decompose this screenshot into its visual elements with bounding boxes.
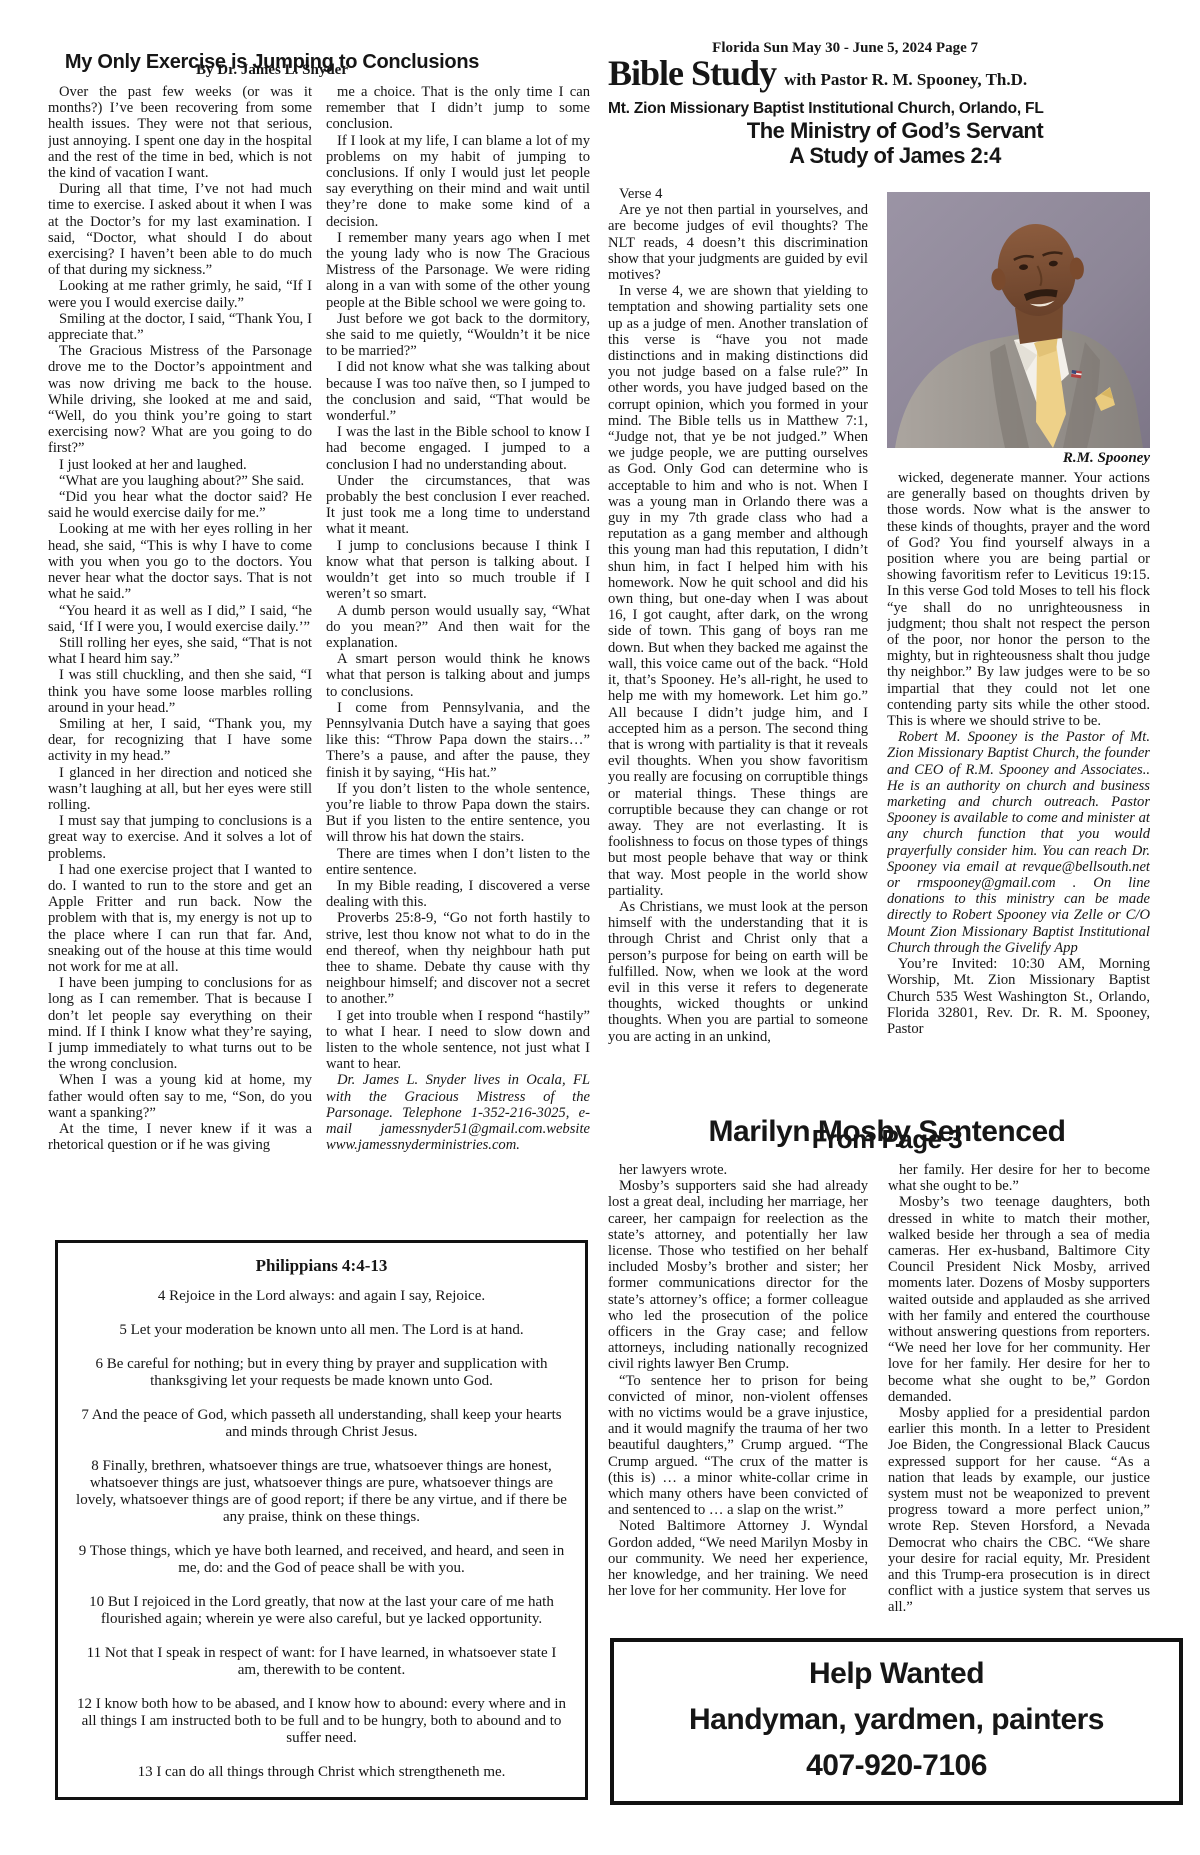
paragraph: Looking at me rather grimly, he said, “I… <box>48 278 312 310</box>
paragraph: A smart person would think he knows what… <box>326 651 590 700</box>
paragraph: Dr. James L. Snyder lives in Ocala, FL w… <box>326 1072 590 1153</box>
paragraph: During all that time, I’ve not had much … <box>48 181 312 278</box>
paragraph: Robert M. Spooney is the Pastor of Mt. Z… <box>887 729 1150 956</box>
paragraph: I come from Pennsylvania, and the Pennsy… <box>326 700 590 781</box>
bible-study-title-row: Bible Studywith Pastor R. M. Spooney, Th… <box>608 52 1182 94</box>
paragraph: “You heard it as well as I did,” I said,… <box>48 603 312 635</box>
bible-study-title: Bible Study <box>608 53 776 93</box>
paragraph: her family. Her desire for her to become… <box>888 1162 1150 1194</box>
paragraph: Mosby’s two teenage daughters, both dres… <box>888 1194 1150 1405</box>
paragraph: I just looked at her and laughed. <box>48 457 312 473</box>
paragraph: Mosby applied for a presidential pardon … <box>888 1405 1150 1616</box>
paragraph: I must say that jumping to conclusions i… <box>48 813 312 862</box>
paragraph: The Gracious Mistress of the Parsonage d… <box>48 343 312 456</box>
paragraph: You’re Invited: 10:30 AM, Morning Worshi… <box>887 956 1150 1037</box>
paragraph: Are ye not then partial in yourselves, a… <box>608 202 868 283</box>
philippians-box: Philippians 4:4-13 4 Rejoice in the Lord… <box>55 1240 588 1800</box>
paragraph: Smiling at her, I said, “Thank you, my d… <box>48 716 312 765</box>
paragraph: When I was a young kid at home, my fathe… <box>48 1072 312 1121</box>
paragraph: Noted Baltimore Attorney J. Wyndal Gordo… <box>608 1518 868 1599</box>
paragraph: 5 Let your moderation be known unto all … <box>74 1322 569 1339</box>
paragraph: 9 Those things, which ye have both learn… <box>74 1543 569 1577</box>
paragraph: Mosby’s supporters said she had already … <box>608 1178 868 1372</box>
paragraph: her lawyers wrote. <box>608 1162 868 1178</box>
help-wanted-box: Help Wanted Handyman, yardmen, painters … <box>610 1638 1183 1805</box>
paragraph: 4 Rejoice in the Lord always: and again … <box>74 1288 569 1305</box>
philippians-verses: 4 Rejoice in the Lord always: and again … <box>74 1288 569 1781</box>
snyder-column-2: me a choice. That is the only time I can… <box>326 84 590 1236</box>
paragraph: Looking at me with her eyes rolling in h… <box>48 521 312 602</box>
paragraph: I did not know what she was talking abou… <box>326 359 590 424</box>
paragraph: I was the last in the Bible school to kn… <box>326 424 590 473</box>
paragraph: If I look at my life, I can blame a lot … <box>326 133 590 230</box>
paragraph: Still rolling her eyes, she said, “That … <box>48 635 312 667</box>
help-wanted-roles: Handyman, yardmen, painters <box>614 1703 1179 1737</box>
paragraph: Verse 4 <box>608 186 868 202</box>
paragraph: “Did you hear what the doctor said? He s… <box>48 489 312 521</box>
paragraph: 13 I can do all things through Christ wh… <box>74 1764 569 1781</box>
bible-study-title-suffix: with Pastor R. M. Spooney, Th.D. <box>784 70 1027 89</box>
paragraph: Smiling at the doctor, I said, “Thank Yo… <box>48 311 312 343</box>
bible-study-column-1: Verse 4Are ye not then partial in yourse… <box>608 186 868 1092</box>
paragraph: As Christians, we must look at the perso… <box>608 899 868 1045</box>
paragraph: “What are you laughing about?” She said. <box>48 473 312 489</box>
paragraph: 7 And the peace of God, which passeth al… <box>74 1407 569 1441</box>
paragraph: In verse 4, we are shown that yielding t… <box>608 283 868 899</box>
paragraph: There are times when I don’t listen to t… <box>326 846 590 878</box>
philippians-title: Philippians 4:4-13 <box>74 1257 569 1274</box>
paragraph: 8 Finally, brethren, whatsoever things a… <box>74 1458 569 1526</box>
paragraph: “To sentence her to prison for being con… <box>608 1373 868 1519</box>
paragraph: I was still chuckling, and then she said… <box>48 667 312 716</box>
paragraph: I had one exercise project that I wanted… <box>48 862 312 975</box>
pastor-portrait-illustration <box>887 192 1150 448</box>
pastor-photo <box>887 192 1150 448</box>
photo-caption: R.M. Spooney <box>887 450 1150 467</box>
paragraph: Just before we got back to the dormitory… <box>326 311 590 360</box>
paragraph: I jump to conclusions because I think I … <box>326 538 590 603</box>
paragraph: 10 But I rejoiced in the Lord greatly, t… <box>74 1594 569 1628</box>
paragraph: me a choice. That is the only time I can… <box>326 84 590 133</box>
paragraph: I glanced in her direction and noticed s… <box>48 765 312 814</box>
paragraph: Proverbs 25:8-9, “Go not forth hastily t… <box>326 910 590 1007</box>
bible-study-subtitle-2: A Study of James 2:4 <box>608 143 1182 169</box>
mosby-column-1: her lawyers wrote.Mosby’s supporters sai… <box>608 1162 868 1634</box>
paragraph: I remember many years ago when I met the… <box>326 230 590 311</box>
snyder-byline: By Dr. James L. Snyder <box>22 62 522 79</box>
paragraph: At the time, I never knew if it was a rh… <box>48 1121 312 1153</box>
bible-study-subtitle-1: The Ministry of God’s Servant <box>608 118 1182 144</box>
bible-study-column-2: wicked, degenerate manner. Your actions … <box>887 470 1150 1094</box>
paragraph: wicked, degenerate manner. Your actions … <box>887 470 1150 729</box>
church-line: Mt. Zion Missionary Baptist Institutiona… <box>608 100 1182 118</box>
paragraph: I get into trouble when I respond “hasti… <box>326 1008 590 1073</box>
mosby-column-2: her family. Her desire for her to become… <box>888 1162 1150 1634</box>
paragraph: Over the past few weeks (or was it month… <box>48 84 312 181</box>
help-wanted-phone: 407-920-7106 <box>614 1749 1179 1783</box>
paragraph: If you don’t listen to the whole sentenc… <box>326 781 590 846</box>
paragraph: 12 I know both how to be abased, and I k… <box>74 1696 569 1747</box>
paragraph: 11 Not that I speak in respect of want: … <box>74 1645 569 1679</box>
paragraph: I have been jumping to conclusions for a… <box>48 975 312 1072</box>
mosby-subhead: From Page 3 <box>600 1124 1174 1155</box>
paragraph: A dumb person would usually say, “What d… <box>326 603 590 652</box>
snyder-column-1: Over the past few weeks (or was it month… <box>48 84 312 1236</box>
paragraph: Under the circumstances, that was probab… <box>326 473 590 538</box>
newspaper-page: Florida Sun May 30 - June 5, 2024 Page 7… <box>0 0 1200 1855</box>
paragraph: 6 Be careful for nothing; but in every t… <box>74 1356 569 1390</box>
help-wanted-title: Help Wanted <box>614 1657 1179 1691</box>
paragraph: In my Bible reading, I discovered a vers… <box>326 878 590 910</box>
